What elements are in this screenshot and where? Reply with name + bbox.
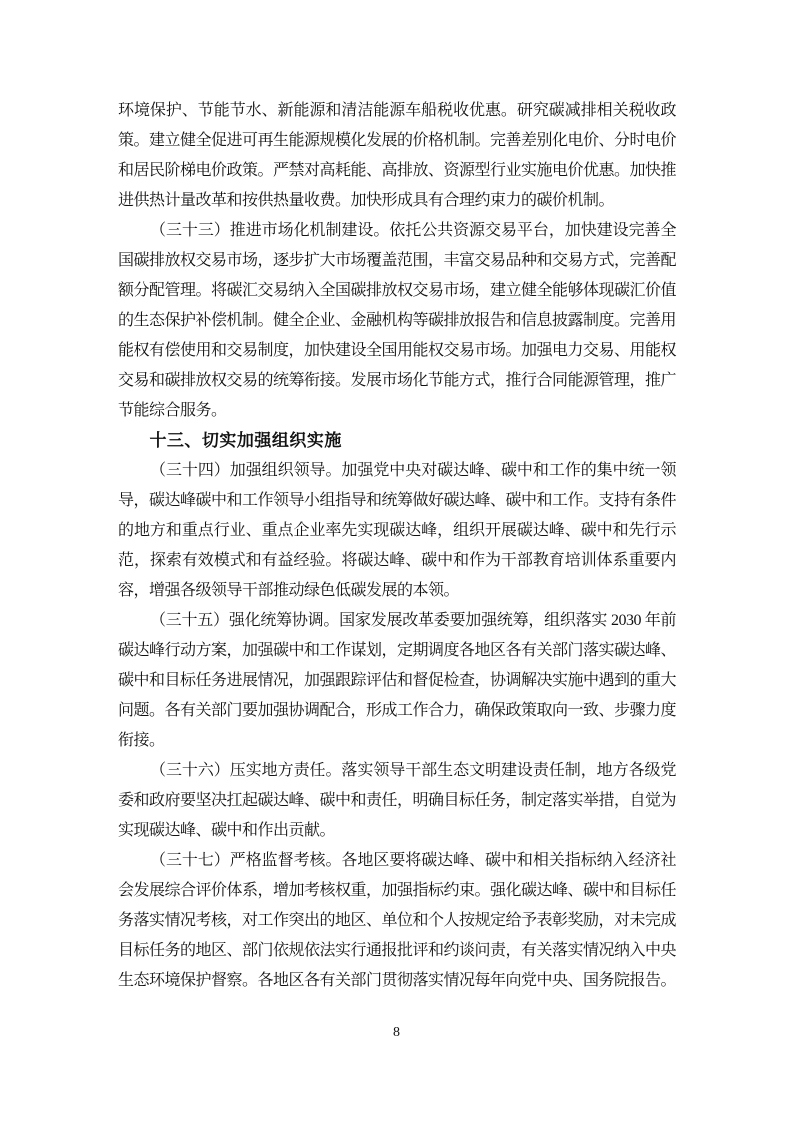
body-paragraph-continuation: 环境保护、节能节水、新能源和清洁能源车船税收优惠。研究碳减排相关税收政策。建立健… <box>118 96 676 216</box>
body-paragraph-article-34: （三十四）加强组织领导。加强党中央对碳达峰、碳中和工作的集中统一领导，碳达峰碳中… <box>118 456 676 606</box>
page-number: 8 <box>0 1024 793 1042</box>
section-heading: 十三、切实加强组织实施 <box>118 426 676 456</box>
document-page: 环境保护、节能节水、新能源和清洁能源车船税收优惠。研究碳减排相关税收政策。建立健… <box>0 0 793 1122</box>
body-paragraph-article-35: （三十五）强化统筹协调。国家发展改革委要加强统筹，组织落实 2030 年前碳达峰… <box>118 606 676 756</box>
document-body: 环境保护、节能节水、新能源和清洁能源车船税收优惠。研究碳减排相关税收政策。建立健… <box>118 96 676 996</box>
body-paragraph-article-33: （三十三）推进市场化机制建设。依托公共资源交易平台，加快建设完善全国碳排放权交易… <box>118 216 676 426</box>
body-paragraph-article-37: （三十七）严格监督考核。各地区要将碳达峰、碳中和相关指标纳入经济社会发展综合评价… <box>118 846 676 996</box>
body-paragraph-article-36: （三十六）压实地方责任。落实领导干部生态文明建设责任制，地方各级党委和政府要坚决… <box>118 756 676 846</box>
